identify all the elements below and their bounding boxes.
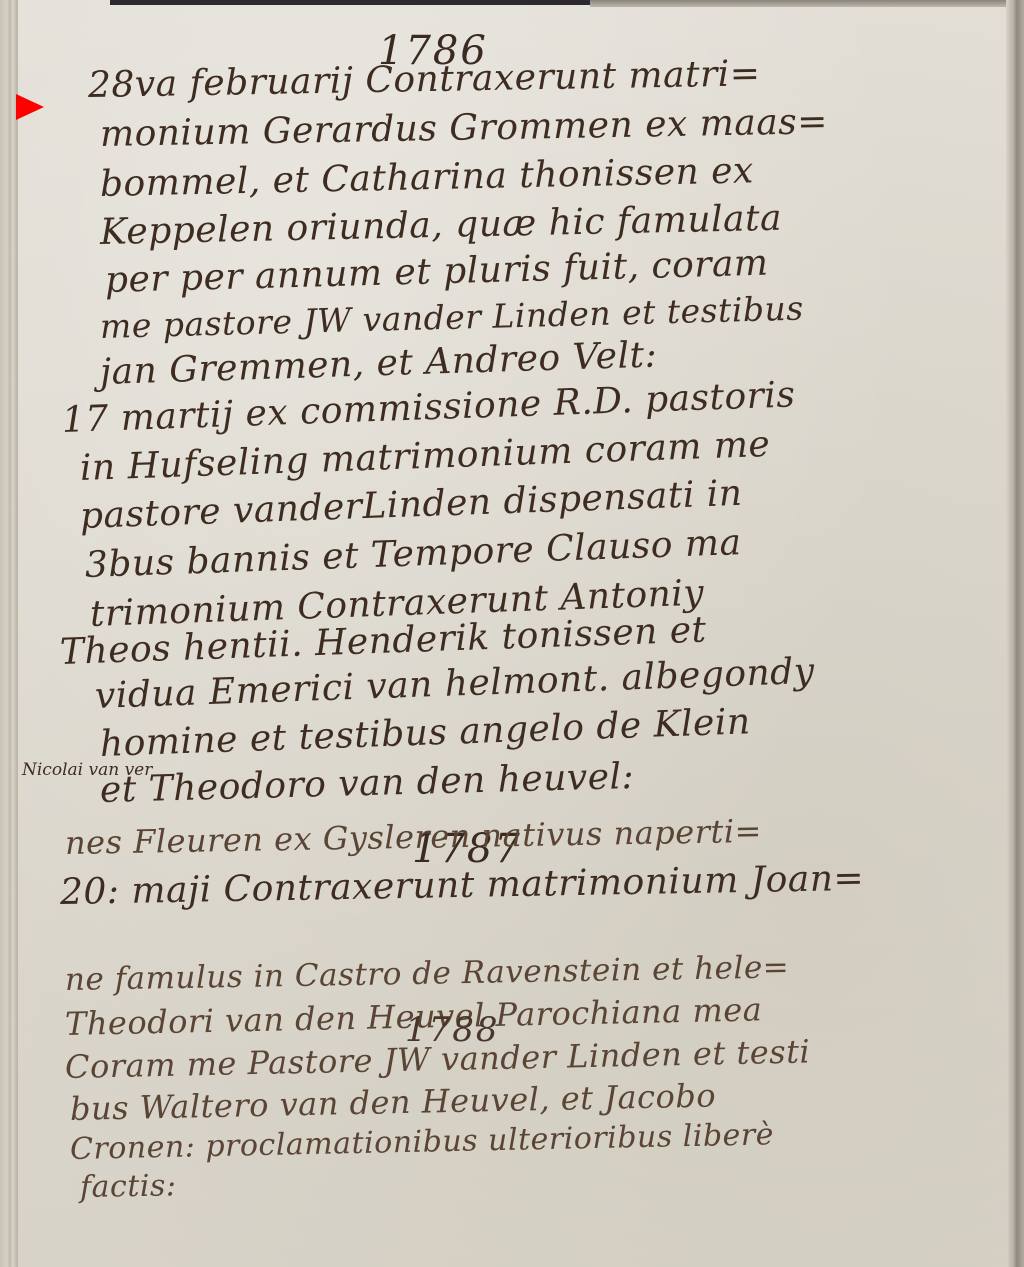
red-pointer-marker-icon	[16, 94, 44, 120]
entry-1787-line-1: 20: maji Contraxerunt matrimonium Joan=	[60, 858, 865, 913]
page-right-edge	[1006, 0, 1024, 1267]
entry-1786-line-2: monium Gerardus Grommen ex maas=	[100, 101, 829, 155]
entry-1787-line-8: factis:	[80, 1168, 177, 1205]
entry-1786-line-3: bommel, et Catharina thonissen ex	[100, 150, 755, 205]
register-page: 1786 28va februarij Contraxerunt matri= …	[0, 0, 1024, 1267]
year-heading-1788: 1788	[405, 1010, 500, 1050]
book-binding-top	[110, 0, 590, 5]
margin-note: Nicolai van ver	[22, 760, 152, 780]
page-left-edge	[0, 0, 18, 1267]
entry-1786-line-1: 28va februarij Contraxerunt matri=	[88, 53, 761, 106]
book-binding-top-edge	[590, 0, 1010, 7]
entry-1787-line-2: nes Fleuren ex Gysleren nativus naperti=	[65, 812, 762, 862]
entry-1787-line-3: ne famulus in Castro de Ravenstein et he…	[65, 949, 790, 998]
entry-1786b-line-9: et Theodoro van den heuvel:	[99, 756, 634, 811]
